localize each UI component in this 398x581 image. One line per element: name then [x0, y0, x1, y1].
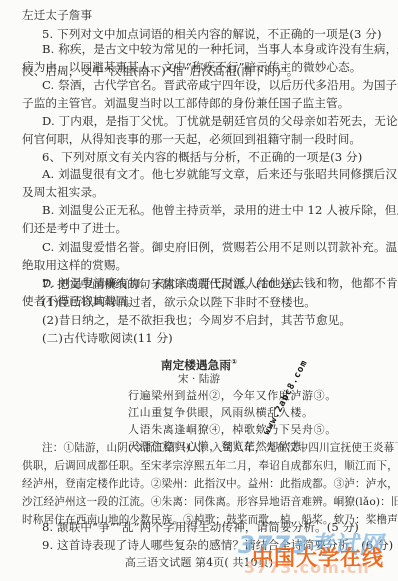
qblock: 8. 颔联中“争”“乱”两个字用得生动传神，请简要分析。(5 分) 9. 这首诗…	[0, 0, 398, 581]
orange-logo-watermark: 中国大学在线	[252, 542, 384, 572]
